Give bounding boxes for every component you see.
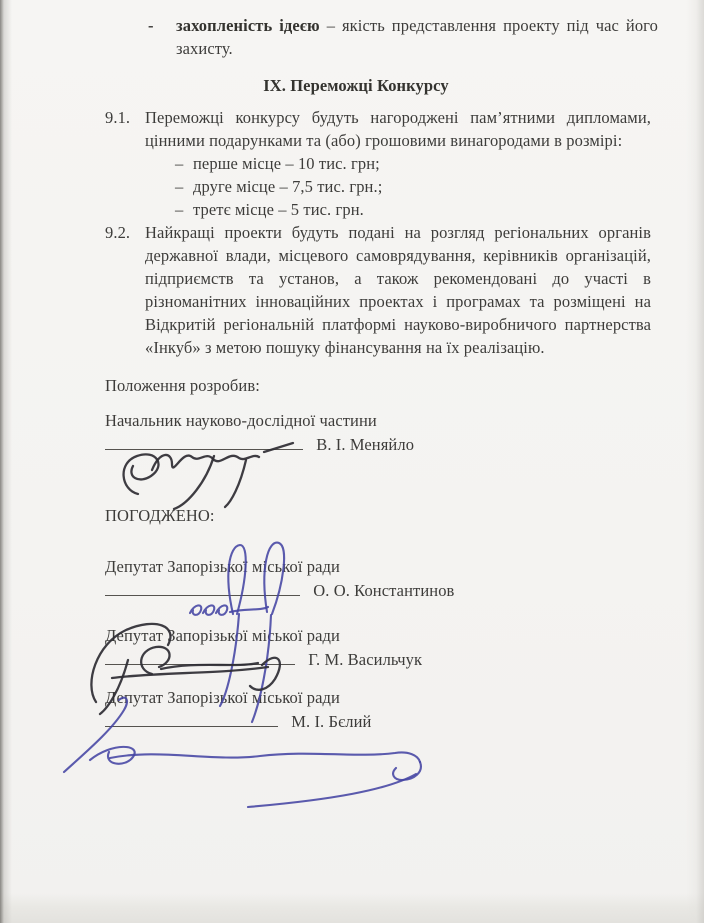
list-item: – перше місце – 10 тис. грн; bbox=[175, 152, 651, 175]
item-number: 9.2. bbox=[105, 221, 130, 244]
dash-bullet: – bbox=[175, 198, 183, 221]
signatory-block: Депутат Запорізької міської ради М. І. Б… bbox=[105, 686, 651, 735]
criteria-term: захопленість ідеєю bbox=[176, 16, 320, 35]
numbered-item-9-2: 9.2. Найкращі проекти будуть подані на р… bbox=[105, 221, 651, 359]
signature-name: Г. М. Васильчук bbox=[308, 650, 422, 669]
signature-line bbox=[105, 435, 303, 450]
subitem-text: друге місце – 7,5 тис. грн.; bbox=[193, 177, 382, 196]
section-heading: IX. Переможці Конкурсу bbox=[105, 74, 651, 97]
dash-bullet: - bbox=[148, 14, 154, 37]
signature-line bbox=[105, 581, 300, 596]
numbered-item-9-1: 9.1. Переможці конкурсу будуть нагородже… bbox=[105, 106, 651, 221]
signature-name: О. О. Константинов bbox=[313, 581, 454, 600]
item-text: Переможці конкурсу будуть нагороджені па… bbox=[145, 106, 651, 152]
signatory-role: Депутат Запорізької міської ради bbox=[105, 686, 651, 709]
signature-row-vasylchuk: Г. М. Васильчук bbox=[105, 647, 651, 673]
signatory-block: Депутат Запорізької міської ради О. О. К… bbox=[105, 555, 651, 604]
subitem-text: перше місце – 10 тис. грн; bbox=[193, 154, 380, 173]
criteria-list-item: - захопленість ідеєю – якість представле… bbox=[105, 14, 658, 60]
signatory-role: Депутат Запорізької міської ради bbox=[105, 624, 651, 647]
subitem-text: третє місце – 5 тис. грн. bbox=[193, 200, 364, 219]
dash-bullet: – bbox=[175, 152, 183, 175]
document-content: - захопленість ідеєю – якість представле… bbox=[105, 14, 651, 735]
signature-row-bielyi: М. І. Бєлий bbox=[105, 709, 651, 735]
signature-line bbox=[105, 650, 295, 665]
signature-name: М. І. Бєлий bbox=[291, 712, 371, 731]
signatory-role: Депутат Запорізької міської ради bbox=[105, 555, 651, 578]
list-item: – друге місце – 7,5 тис. грн.; bbox=[175, 175, 651, 198]
prize-sublist: – перше місце – 10 тис. грн; – друге міс… bbox=[175, 152, 651, 221]
signature-name: В. І. Меняйло bbox=[316, 435, 414, 454]
item-number: 9.1. bbox=[105, 106, 130, 129]
item-text: Найкращі проекти будуть подані на розгля… bbox=[145, 221, 651, 359]
list-item: – третє місце – 5 тис. грн. bbox=[175, 198, 651, 221]
dash-bullet: – bbox=[175, 175, 183, 198]
signatory-block: Депутат Запорізької міської ради Г. М. В… bbox=[105, 624, 651, 673]
signature-row-konstantynov: О. О. Константинов bbox=[105, 578, 651, 604]
signature-row-menyailo: В. І. Меняйло bbox=[105, 432, 651, 458]
scanned-document-page: - захопленість ідеєю – якість представле… bbox=[0, 0, 704, 923]
agreed-label: ПОГОДЖЕНО: bbox=[105, 504, 651, 527]
signature-line bbox=[105, 712, 278, 727]
developed-by-label: Положення розробив: bbox=[105, 374, 651, 397]
developer-role: Начальник науково-дослідної частини bbox=[105, 409, 651, 432]
